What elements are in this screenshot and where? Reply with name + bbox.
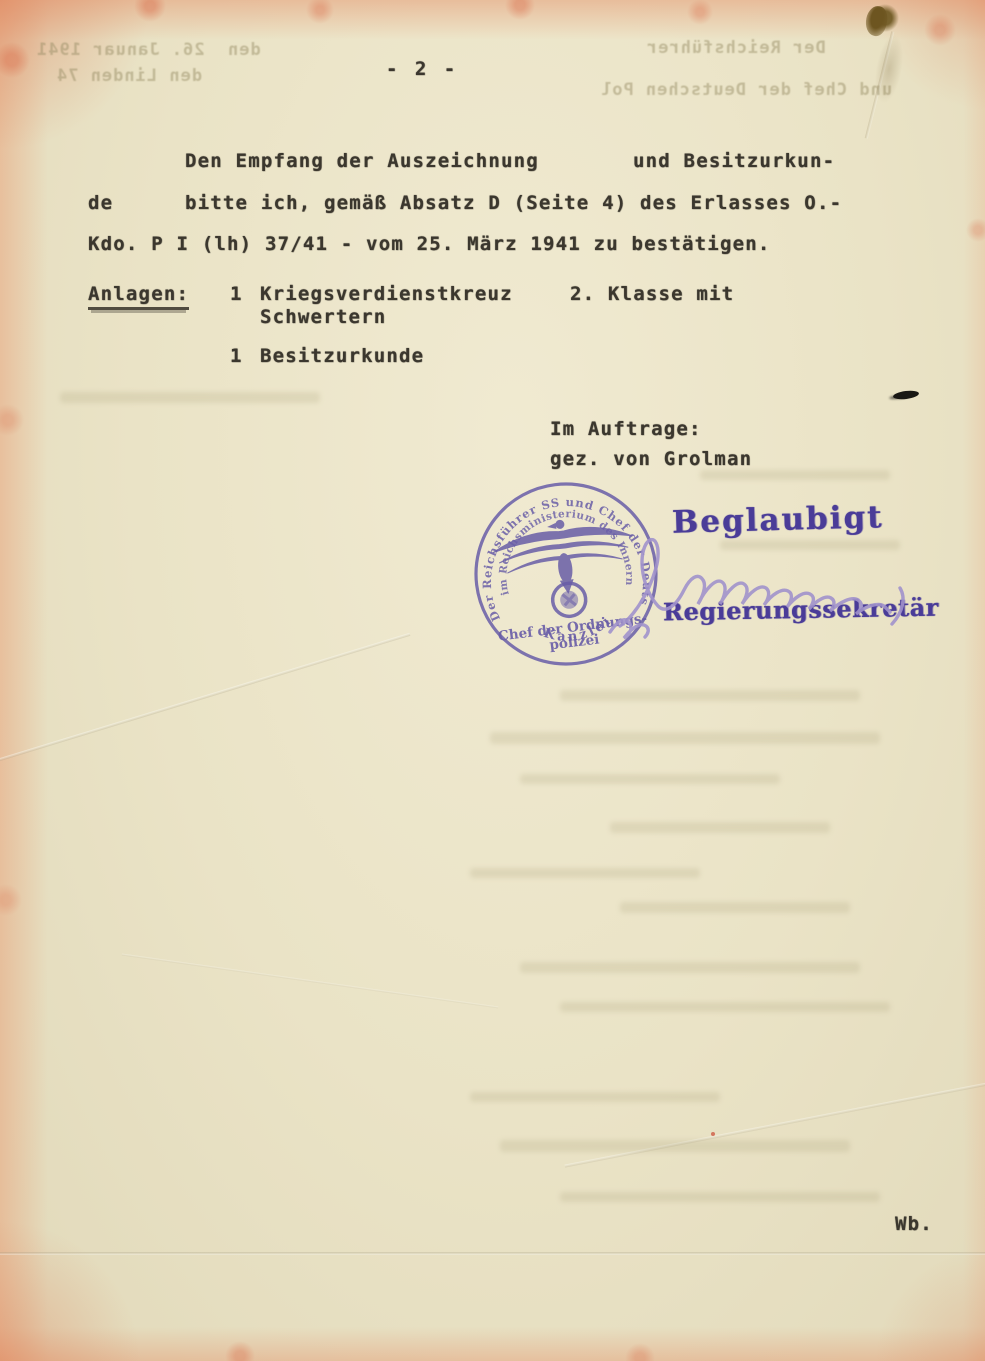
bleedthrough-smudge (520, 962, 860, 973)
bleedthrough-smudge (610, 822, 830, 833)
anlagen-item2-qty: 1 (230, 345, 243, 368)
ghost-bleedthrough-text: und Chef der Deutschen Pol (600, 80, 892, 100)
body-line-2-right: bitte ich, gemäß Absatz D (Seite 4) des … (185, 192, 842, 215)
bleedthrough-smudge (560, 1002, 890, 1012)
paper-crease (0, 633, 410, 770)
bleedthrough-smudge (560, 1192, 880, 1202)
bleedthrough-smudge (500, 1140, 850, 1152)
anlagen-item1-name-cont: Schwertern (260, 306, 386, 329)
anlagen-item1-qty: 1 (230, 283, 243, 306)
anlagen-item1-name: Kriegsverdienstkreuz (260, 283, 513, 306)
bleedthrough-smudge (470, 1092, 720, 1102)
anlagen-item2-name: Besitzurkunde (260, 345, 424, 368)
im-auftrage-label: Im Auftrage: (550, 418, 702, 441)
paper-crease (0, 1252, 985, 1255)
typist-initials: Wb. (895, 1213, 933, 1236)
ghost-bleedthrough-text: Der Reichsführer (646, 38, 826, 58)
signature-svg (604, 526, 934, 646)
body-line-3: Kdo. P I (lh) 37/41 - vom 25. März 1941 … (88, 233, 771, 256)
bleedthrough-smudge (470, 868, 700, 878)
body-line-1-left: Den Empfang der Auszeichnung (185, 150, 539, 173)
red-speck (711, 1132, 715, 1136)
paper-crease (564, 1065, 985, 1167)
bleedthrough-smudge (700, 470, 890, 480)
bleedthrough-smudge (60, 392, 320, 403)
page-number: - 2 - (386, 58, 458, 81)
ghost-bleedthrough-text: den Linden 74 (56, 66, 202, 86)
body-line-1-right: und Besitzurkun- (633, 150, 835, 173)
paper-crease (122, 954, 499, 1009)
anlagen-item1-class: 2. Klasse mit (570, 283, 734, 306)
bleedthrough-smudge (490, 732, 880, 744)
ink-blot (893, 389, 920, 400)
ghost-bleedthrough-text: den 26. Januar 1941 (36, 40, 261, 60)
bleedthrough-smudge (520, 774, 780, 784)
document-page: den 26. Januar 1941 den Linden 74 Der Re… (0, 0, 985, 1361)
brown-stain (863, 4, 890, 38)
bleedthrough-smudge (560, 690, 860, 701)
stain-drip (870, 32, 908, 105)
body-line-2-left: de (88, 192, 113, 215)
anlagen-label: Anlagen: (88, 283, 189, 310)
bleedthrough-smudge (620, 902, 850, 913)
handwritten-signature (604, 526, 934, 646)
